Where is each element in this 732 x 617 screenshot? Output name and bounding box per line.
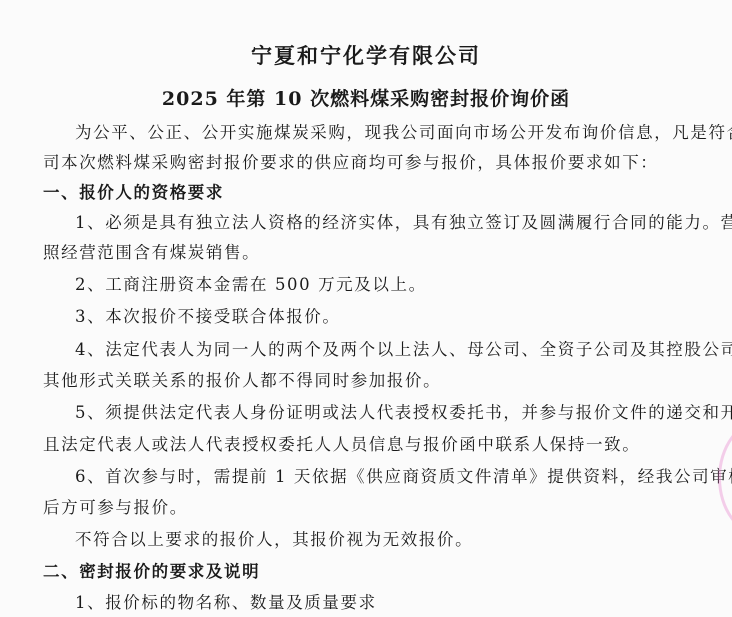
requirement-3: 3、本次报价不接受联合体报价。 [75, 307, 725, 327]
document-subtitle: 2025 年第 10 次燃料煤采购密封报价询价函 [0, 84, 732, 111]
requirement-4-line-1: 4、法定代表人为同一人的两个及两个以上法人、母公司、全资子公司及其控股公司以及 [75, 340, 725, 360]
document-page: 宁夏和宁化学有限公司 2025 年第 10 次燃料煤采购密封报价询价函 为公平、… [0, 0, 732, 617]
disqualification-note: 不符合以上要求的报价人，其报价视为无效报价。 [75, 530, 725, 550]
requirement-1-line-1: 1、必须是具有独立法人资格的经济实体，具有独立签订及圆满履行合同的能力。营业执 [75, 213, 725, 233]
requirement-5-line-1: 5、须提供法定代表人身份证明或法人代表授权委托书，并参与报价文件的递交和开启， [75, 403, 725, 423]
section1-heading: 一、报价人的资格要求 [43, 183, 693, 203]
intro-line-1: 为公平、公正、公开实施煤炭采购，现我公司面向市场公开发布询价信息，凡是符合我公 [75, 123, 725, 143]
official-seal-stamp [718, 420, 732, 536]
requirement-6-line-2: 后方可参与报价。 [43, 498, 693, 518]
requirement-6-line-1: 6、首次参与时，需提前 1 天依据《供应商资质文件清单》提供资料，经我公司审核同… [75, 467, 725, 487]
company-title: 宁夏和宁化学有限公司 [0, 40, 732, 70]
section2-heading: 二、密封报价的要求及说明 [43, 562, 693, 582]
section2-item-1: 1、报价标的物名称、数量及质量要求 [75, 593, 725, 613]
requirement-4-line-2: 其他形式关联关系的报价人都不得同时参加报价。 [43, 371, 693, 391]
requirement-5-line-2: 且法定代表人或法人代表授权委托人人员信息与报价函中联系人保持一致。 [43, 435, 693, 455]
requirement-1-line-2: 照经营范围含有煤炭销售。 [43, 243, 693, 263]
intro-line-2: 司本次燃料煤采购密封报价要求的供应商均可参与报价，具体报价要求如下： [43, 153, 693, 173]
requirement-2: 2、工商注册资本金需在 500 万元及以上。 [75, 275, 725, 295]
